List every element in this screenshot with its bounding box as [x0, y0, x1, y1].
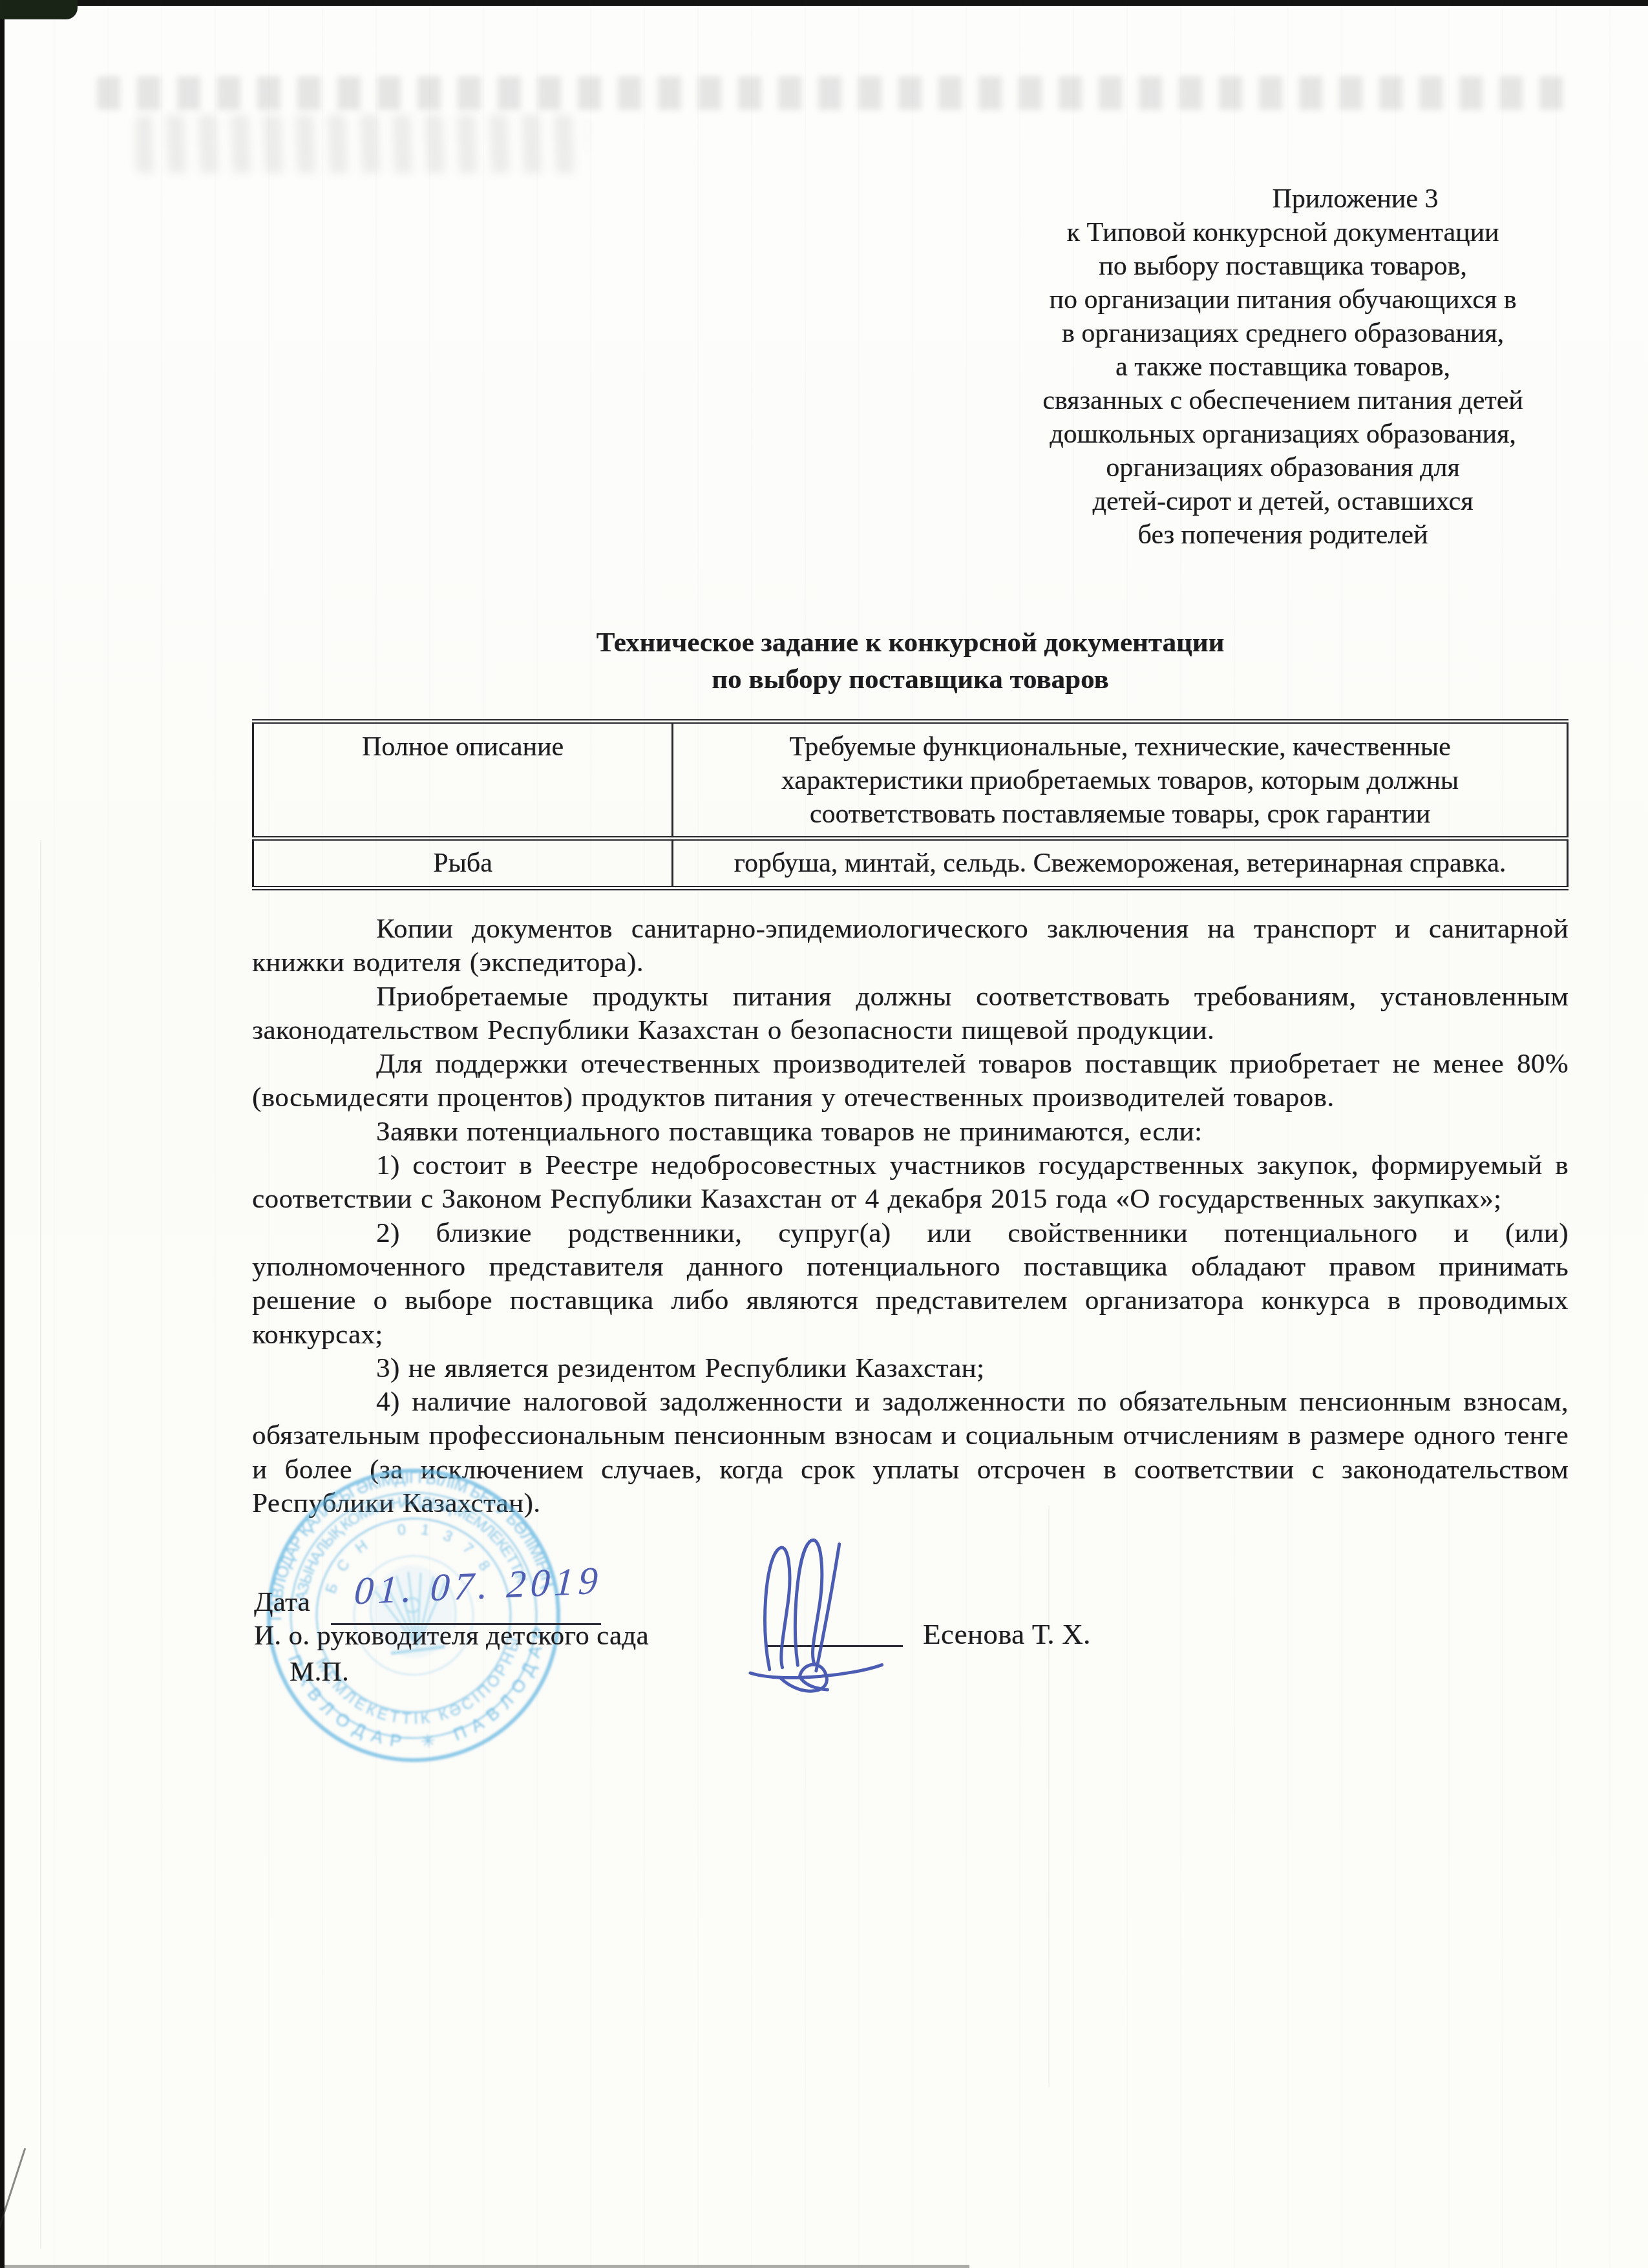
appendix-line: детей-сирот и детей, оставшихся [992, 485, 1574, 518]
appendix-line: дошкольных организациях образования, [992, 417, 1574, 451]
scan-bleedthrough-artifact [97, 76, 1564, 110]
date-label: Дата [254, 1586, 310, 1618]
signature-scribble [716, 1526, 910, 1694]
appendix-line: организациях образования для [992, 451, 1574, 485]
scan-edge-bottom [0, 2265, 969, 2268]
appendix-line: по выбору поставщика товаров, [992, 249, 1574, 283]
table-header-row: Полное описание Требуемые функциональные… [253, 722, 1568, 839]
table-header-requirements: Требуемые функциональные, технические, к… [673, 722, 1568, 839]
signer-name: Есенова Т. Х. [923, 1617, 1091, 1651]
paragraph: 3) не является резидентом Республики Каз… [252, 1352, 1569, 1385]
paragraph: 2) близкие родственники, супруг(а) или с… [252, 1217, 1569, 1352]
document-title-line: по выбору поставщика товаров [252, 661, 1569, 698]
appendix-line: без попечения родителей [992, 518, 1574, 552]
document-title-line: Техническое задание к конкурсной докумен… [252, 624, 1569, 661]
table-header-description: Полное описание [253, 722, 673, 839]
scan-edge-left [0, 0, 5, 2268]
scan-streak [40, 840, 41, 2249]
scan-edge-top [0, 0, 1648, 6]
appendix-line: Приложение 3 [1064, 182, 1646, 216]
document-title: Техническое задание к конкурсной докумен… [252, 624, 1569, 698]
appendix-line: к Типовой конкурсной документации [992, 216, 1574, 249]
scanned-document-page: Приложение 3 к Типовой конкурсной докуме… [0, 0, 1648, 2268]
appendix-line: в организациях среднего образования, [992, 317, 1574, 350]
signer-position-label: И. о. руководителя детского сада [254, 1620, 649, 1652]
table-cell-product: Рыба [253, 839, 673, 888]
specification-table: Полное описание Требуемые функциональные… [252, 719, 1569, 890]
paragraph: Копии документов санитарно-эпидемиологич… [252, 912, 1569, 980]
scan-bleedthrough-artifact [136, 115, 588, 173]
seal-place-label: М.П. [290, 1656, 349, 1688]
scan-streak [1048, 1506, 1050, 2087]
paragraph: Приобретаемые продукты питания должны со… [252, 980, 1569, 1048]
table-row: Рыба горбуша, минтай, сельдь. Свежеморож… [253, 839, 1568, 888]
appendix-line: связанных с обеспечением питания детей [992, 384, 1574, 417]
appendix-line: а также поставщика товаров, [992, 350, 1574, 384]
appendix-line: по организации питания обучающихся в [992, 283, 1574, 317]
scan-corner-artifact [0, 0, 78, 19]
paragraph: Заявки потенциального поставщика товаров… [252, 1115, 1569, 1149]
appendix-header-block: Приложение 3 к Типовой конкурсной докуме… [992, 182, 1574, 552]
table-cell-requirements: горбуша, минтай, сельдь. Свежемороженая,… [673, 839, 1568, 888]
paragraph: Для поддержки отечественных производител… [252, 1047, 1569, 1115]
paragraph: 1) состоит в Реестре недобросовестных уч… [252, 1149, 1569, 1217]
body-text: Копии документов санитарно-эпидемиологич… [252, 912, 1569, 1520]
